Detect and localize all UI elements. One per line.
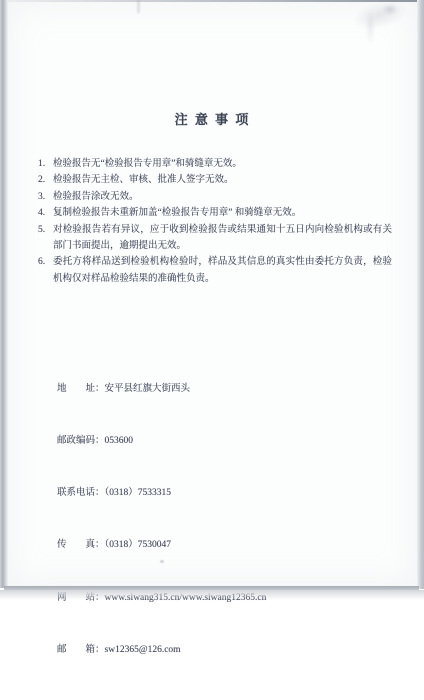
contact-value: sw12365@126.com	[105, 645, 181, 655]
contact-row-fax: 传 真：（0318）7530047	[38, 520, 417, 572]
paper: 注 意 事 项 1. 检验报告无“检验报告专用章”和骑缝章无效。 2. 检验报告…	[8, 2, 417, 586]
contact-row-email: 邮 箱：sw12365@126.com	[38, 624, 417, 676]
note-text: 检验报告涂改无效。	[53, 189, 392, 205]
paper-shadow	[0, 590, 424, 600]
note-text: 检验报告无“检验报告专用章”和骑缝章无效。	[53, 156, 392, 172]
notes-list: 1. 检验报告无“检验报告专用章”和骑缝章无效。 2. 检验报告无主检、审核、批…	[38, 156, 392, 287]
contact-block: 地 址：安平县红旗大街西头 邮政编码：053600 联系电话：（0318）753…	[38, 363, 417, 676]
note-text: 复制检验报告未重新加盖“检验报告专用章” 和骑缝章无效。	[53, 205, 392, 221]
note-item: 3. 检验报告涂改无效。	[38, 189, 392, 205]
page-title: 注 意 事 项	[8, 2, 417, 130]
contact-row-postcode: 邮政编码：053600	[38, 415, 417, 467]
note-number: 3.	[38, 189, 53, 205]
contact-label: 地 址：	[57, 384, 105, 394]
note-item: 4. 复制检验报告未重新加盖“检验报告专用章” 和骑缝章无效。	[38, 205, 392, 221]
contact-value: （0318）7533315	[105, 488, 172, 498]
note-item: 6. 委托方将样品送到检验机构检验时，样品及其信息的真实性由委托方负责，检验机构…	[38, 254, 392, 287]
contact-row-phone: 联系电话：（0318）7533315	[38, 468, 417, 520]
note-item: 5. 对检验报告若有异议，应于收到检验报告或结果通知十五日内向检验机构或有关部门…	[38, 222, 392, 255]
contact-label: 传 真：	[57, 540, 105, 550]
note-number: 4.	[38, 205, 53, 221]
note-item: 2. 检验报告无主检、审核、批准人签字无效。	[38, 172, 392, 188]
note-text: 委托方将样品送到检验机构检验时，样品及其信息的真实性由委托方负责，检验机构仅对样…	[53, 254, 392, 287]
note-text: 对检验报告若有异议，应于收到检验报告或结果通知十五日内向检验机构或有关部门书面提…	[53, 222, 392, 255]
contact-row-address: 地 址：安平县红旗大街西头	[38, 363, 417, 415]
contact-label: 邮 箱：	[57, 645, 105, 655]
contact-value: 安平县红旗大街西头	[105, 384, 191, 394]
note-number: 2.	[38, 172, 53, 188]
contact-label: 邮政编码：	[57, 436, 105, 446]
note-text: 检验报告无主检、审核、批准人签字无效。	[53, 172, 392, 188]
scan-edge-right	[417, 0, 424, 589]
note-number: 5.	[38, 222, 53, 255]
contact-label: 联系电话：	[57, 488, 105, 498]
scanned-notice-page: 注 意 事 项 1. 检验报告无“检验报告专用章”和骑缝章无效。 2. 检验报告…	[0, 0, 424, 700]
contact-value: 053600	[105, 436, 134, 446]
note-number: 6.	[38, 254, 53, 287]
note-number: 1.	[38, 156, 53, 172]
contact-value: （0318）7530047	[105, 540, 172, 550]
scan-edge-left	[0, 0, 8, 588]
note-item: 1. 检验报告无“检验报告专用章”和骑缝章无效。	[38, 156, 392, 172]
